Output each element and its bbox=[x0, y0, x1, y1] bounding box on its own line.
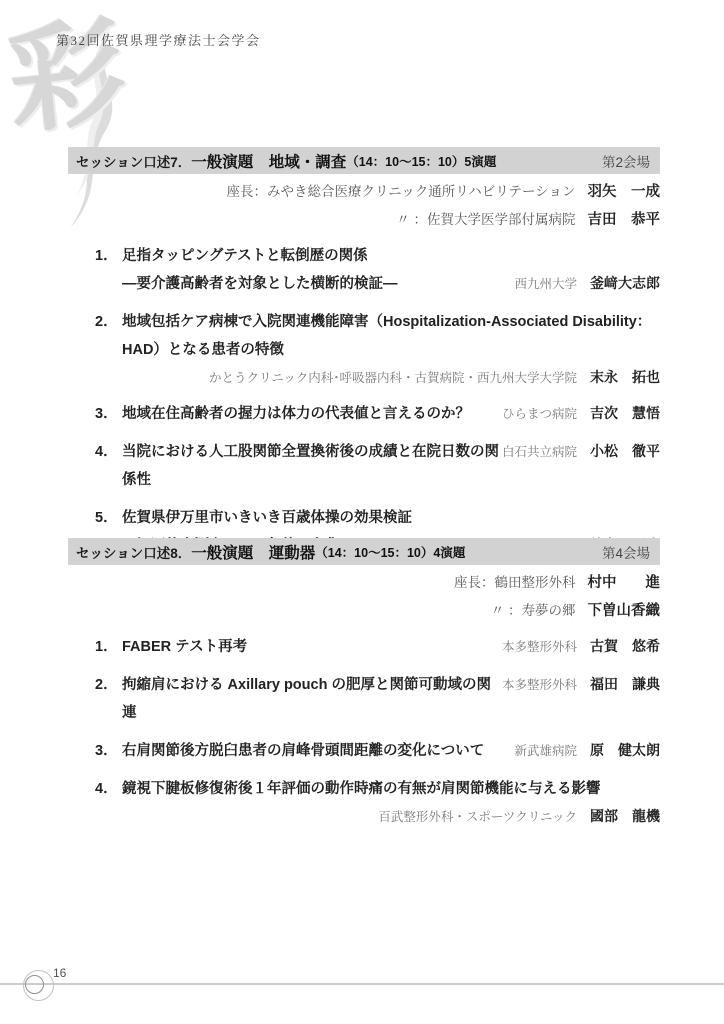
session-7-prefix: セッション口述7． bbox=[76, 151, 191, 171]
presentation-title: 3．右肩関節後方脱臼患者の肩峰骨頭間距離の変化について bbox=[95, 737, 484, 765]
presentation-title-text: 地域在住高齢者の握力は体力の代表値と言えるのか？ bbox=[122, 406, 470, 422]
chair-affiliation: 佐賀大学医学部付属病院 bbox=[427, 212, 576, 227]
chair-affiliation: 鶴田整形外科 bbox=[495, 575, 576, 590]
presenter-credit: 白石共立病院小松 徹平 bbox=[502, 441, 660, 461]
presentation-item: 2．拘縮肩における Axillary pouch の肥厚と関節可動域の関連 本多… bbox=[68, 671, 660, 727]
session-8-venue: 第4会場 bbox=[602, 542, 650, 562]
presenter-affiliation: かとうクリニック内科･呼吸器内科・古賀病院・西九州大学大学院 bbox=[209, 371, 577, 385]
chair-role-label: 座長： bbox=[227, 184, 268, 199]
presenter-affiliation: 白石共立病院 bbox=[502, 445, 577, 459]
presenter-name: 原 健太朗 bbox=[590, 742, 660, 758]
presentation-title: 4．鏡視下腱板修復術後１年評価の動作時痛の有無が肩関節機能に与える影響 bbox=[95, 775, 660, 803]
presentation-title-text: 当院における人工股関節全置換術後の成績と在院日数の関係性 bbox=[122, 444, 499, 488]
session-7-title: 一般演題 地域・調査 bbox=[191, 150, 346, 172]
presenter-affiliation: 本多整形外科 bbox=[502, 678, 577, 692]
presentation-title: 1．FABER テスト再考 bbox=[95, 633, 247, 661]
chair-role-label: 〃 ： bbox=[396, 212, 427, 227]
session-8-chairs: 座長：鶴田整形外科村中 進 〃 ：寿夢の郷下曽山香織 bbox=[68, 569, 660, 625]
presenter-name: 小松 徹平 bbox=[590, 443, 660, 459]
chair-affiliation: 寿夢の郷 bbox=[522, 603, 576, 618]
session-7-block: セッション口述7． 一般演題 地域・調査 （14：10～15：10）5演題 第2… bbox=[68, 147, 660, 570]
presenter-name: 末永 拓也 bbox=[590, 369, 660, 385]
presentation-number: 3． bbox=[95, 737, 122, 765]
session-7-time: （14：10～15：10）5演題 bbox=[346, 152, 496, 170]
presenter-affiliation: 西九州大学 bbox=[514, 277, 577, 291]
footer-rule-line bbox=[0, 983, 724, 985]
presentation-title: 1．足指タッピングテストと転倒歴の関係 bbox=[95, 242, 660, 270]
presenter-name: 釜﨑大志郎 bbox=[590, 275, 660, 291]
presentation-number: 3． bbox=[95, 400, 122, 428]
presenter-credit: 百武整形外科・スポーツクリニック國部 龍機 bbox=[95, 804, 660, 829]
presentation-title-text: 足指タッピングテストと転倒歴の関係 bbox=[122, 248, 368, 264]
presentation-title-text: 鏡視下腱板修復術後１年評価の動作時痛の有無が肩関節機能に与える影響 bbox=[122, 781, 601, 797]
presentation-subtitle-row: ―要介護高齢者を対象とした横断的検証― 西九州大学釜﨑大志郎 bbox=[95, 270, 660, 298]
presentation-number: 1． bbox=[95, 242, 122, 270]
presentation-item: 3．右肩関節後方脱臼患者の肩峰骨頭間距離の変化について 新武雄病院原 健太朗 bbox=[68, 737, 660, 765]
presentation-title-text: FABER テスト再考 bbox=[122, 639, 247, 655]
presenter-name: 吉次 慧悟 bbox=[590, 405, 660, 421]
chair-role-label: 座長： bbox=[454, 575, 495, 590]
presenter-credit: 西九州大学釜﨑大志郎 bbox=[514, 273, 660, 293]
presenter-affiliation: ひらまつ病院 bbox=[502, 407, 577, 421]
chair-line: 〃 ：寿夢の郷下曽山香織 bbox=[68, 597, 660, 625]
session-8-items: 1．FABER テスト再考 本多整形外科古賀 悠希 2．拘縮肩における Axil… bbox=[68, 633, 660, 829]
chair-line: 座長：鶴田整形外科村中 進 bbox=[68, 569, 660, 597]
presentation-item: 3．地域在住高齢者の握力は体力の代表値と言えるのか？ ひらまつ病院吉次 慧悟 bbox=[68, 400, 660, 428]
presentation-item: 4．鏡視下腱板修復術後１年評価の動作時痛の有無が肩関節機能に与える影響 百武整形… bbox=[68, 775, 660, 829]
presentation-title-row: 4．当院における人工股関節全置換術後の成績と在院日数の関係性 白石共立病院小松 … bbox=[95, 438, 660, 494]
presenter-affiliation: 新武雄病院 bbox=[514, 744, 577, 758]
presentation-title-text: 拘縮肩における Axillary pouch の肥厚と関節可動域の関連 bbox=[122, 677, 491, 721]
presenter-name: 古賀 悠希 bbox=[590, 638, 660, 654]
presentation-title: 4．当院における人工股関節全置換術後の成績と在院日数の関係性 bbox=[95, 438, 502, 494]
presentation-title-text: 佐賀県伊万里市いきいき百歳体操の効果検証 bbox=[122, 510, 412, 526]
presentation-item: 1．足指タッピングテストと転倒歴の関係 ―要介護高齢者を対象とした横断的検証― … bbox=[68, 242, 660, 298]
presentation-number: 4． bbox=[95, 775, 122, 803]
presentation-number: 2． bbox=[95, 308, 122, 336]
presentation-item: 2．地域包括ケア病棟で入院関連機能障害（Hospitalization-Asso… bbox=[68, 308, 660, 390]
session-8-header-bar: セッション口述8． 一般演題 運動器 （14：10～15：10）4演題 第4会場 bbox=[68, 538, 660, 565]
presentation-subtitle: ―要介護高齢者を対象とした横断的検証― bbox=[95, 270, 398, 298]
session-8-title: 一般演題 運動器 bbox=[191, 541, 315, 563]
presenter-credit: 本多整形外科古賀 悠希 bbox=[502, 636, 660, 656]
presentation-title-row: 2．拘縮肩における Axillary pouch の肥厚と関節可動域の関連 本多… bbox=[95, 671, 660, 727]
presentation-item: 4．当院における人工股関節全置換術後の成績と在院日数の関係性 白石共立病院小松 … bbox=[68, 438, 660, 494]
presenter-name: 國部 龍機 bbox=[590, 808, 660, 824]
chair-affiliation: みやき総合医療クリニック通所リハビリテーション bbox=[267, 184, 575, 199]
chair-line: 〃 ：佐賀大学医学部付属病院吉田 恭平 bbox=[68, 206, 660, 234]
presentation-number: 4． bbox=[95, 438, 122, 466]
session-8-time: （14：10～15：10）4演題 bbox=[315, 543, 465, 561]
presenter-credit: かとうクリニック内科･呼吸器内科・古賀病院・西九州大学大学院末永 拓也 bbox=[95, 365, 660, 390]
session-7-venue: 第2会場 bbox=[602, 151, 650, 171]
presenter-affiliation: 百武整形外科・スポーツクリニック bbox=[378, 810, 577, 824]
chair-name: 羽矢 一成 bbox=[588, 184, 661, 200]
presentation-title: 5．佐賀県伊万里市いきいき百歳体操の効果検証 bbox=[95, 504, 660, 532]
presentation-item: 1．FABER テスト再考 本多整形外科古賀 悠希 bbox=[68, 633, 660, 661]
presentation-title: 2．拘縮肩における Axillary pouch の肥厚と関節可動域の関連 bbox=[95, 671, 502, 727]
presenter-credit: 新武雄病院原 健太朗 bbox=[514, 740, 660, 760]
presentation-title-row: 1．FABER テスト再考 本多整形外科古賀 悠希 bbox=[95, 633, 660, 661]
presentation-title-row: 3．地域在住高齢者の握力は体力の代表値と言えるのか？ ひらまつ病院吉次 慧悟 bbox=[95, 400, 660, 428]
presentation-title-text: 地域包括ケア病棟で入院関連機能障害（Hospitalization-Associ… bbox=[122, 314, 651, 358]
presentation-number: 1． bbox=[95, 633, 122, 661]
presentation-title-text: 右肩関節後方脱臼患者の肩峰骨頭間距離の変化について bbox=[122, 743, 484, 759]
session-7-items: 1．足指タッピングテストと転倒歴の関係 ―要介護高齢者を対象とした横断的検証― … bbox=[68, 242, 660, 560]
presenter-affiliation: 本多整形外科 bbox=[502, 640, 577, 654]
presentation-title: 3．地域在住高齢者の握力は体力の代表値と言えるのか？ bbox=[95, 400, 470, 428]
chair-name: 吉田 恭平 bbox=[588, 212, 661, 228]
presenter-credit: 本多整形外科福田 謙典 bbox=[502, 674, 660, 694]
page-header-title: 第32回佐賀県理学療法士会学会 bbox=[56, 30, 261, 49]
chair-role-label: 〃 ： bbox=[491, 603, 522, 618]
session-7-header-bar: セッション口述7． 一般演題 地域・調査 （14：10～15：10）5演題 第2… bbox=[68, 147, 660, 174]
footer-decoration-circle-small bbox=[25, 975, 44, 994]
presenter-name: 福田 謙典 bbox=[590, 676, 660, 692]
page-number: 16 bbox=[53, 966, 66, 980]
logo-kanji: 彩 bbox=[0, 0, 132, 157]
presentation-number: 2． bbox=[95, 671, 122, 699]
session-7-chairs: 座長：みやき総合医療クリニック通所リハビリテーション羽矢 一成 〃 ：佐賀大学医… bbox=[68, 178, 660, 234]
chair-name: 村中 進 bbox=[588, 575, 661, 591]
session-8-prefix: セッション口述8． bbox=[76, 542, 191, 562]
presentation-title-row: 3．右肩関節後方脱臼患者の肩峰骨頭間距離の変化について 新武雄病院原 健太朗 bbox=[95, 737, 660, 765]
session-8-block: セッション口述8． 一般演題 運動器 （14：10～15：10）4演題 第4会場… bbox=[68, 538, 660, 839]
chair-name: 下曽山香織 bbox=[588, 603, 661, 619]
presentation-title: 2．地域包括ケア病棟で入院関連機能障害（Hospitalization-Asso… bbox=[95, 308, 660, 364]
presenter-credit: ひらまつ病院吉次 慧悟 bbox=[502, 403, 660, 423]
chair-line: 座長：みやき総合医療クリニック通所リハビリテーション羽矢 一成 bbox=[68, 178, 660, 206]
presentation-number: 5． bbox=[95, 504, 122, 532]
